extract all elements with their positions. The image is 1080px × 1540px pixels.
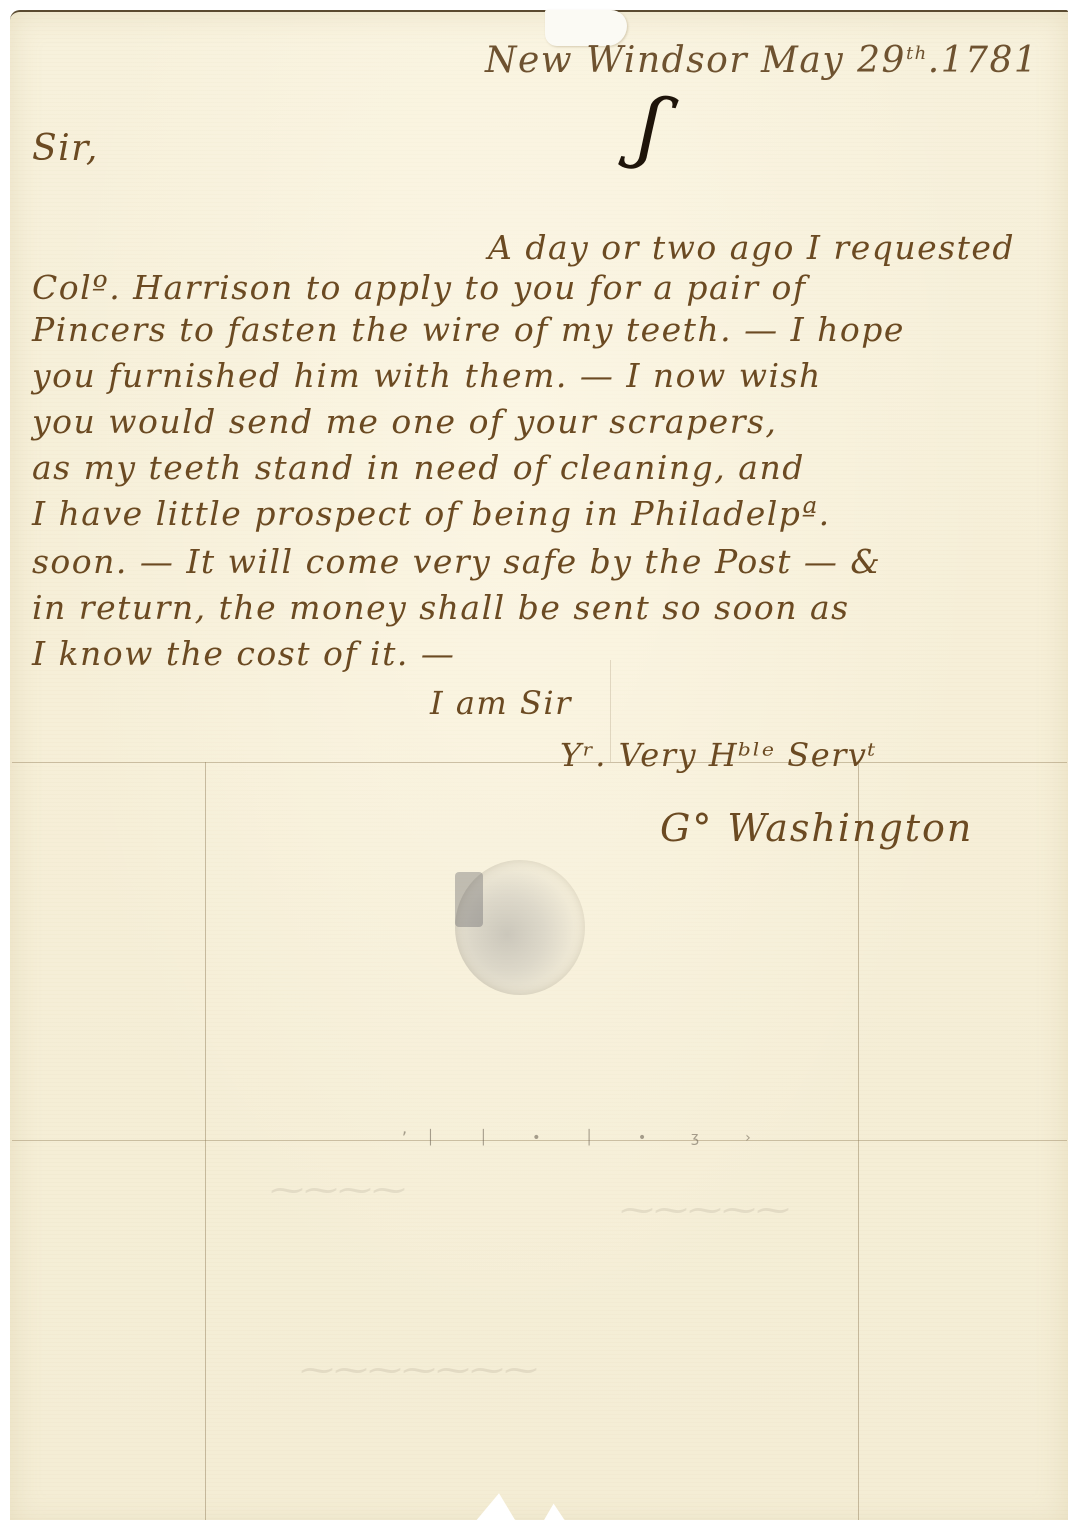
body-line-6: as my teeth stand in need of cleaning, a… xyxy=(32,448,805,487)
dateline-month: May xyxy=(761,40,844,81)
body-line-7: I have little prospect of being in Phila… xyxy=(32,494,831,533)
body-line-1: A day or two ago I requested xyxy=(488,228,1015,267)
salutation: Sir, xyxy=(32,128,99,169)
dateline-place: New Windsor xyxy=(485,40,748,81)
fold-marks: ʼ│ │ • │ • ʒ › xyxy=(400,1130,770,1146)
body-line-5: you would send me one of your scrapers, xyxy=(32,402,777,441)
body-line-2: Colº. Harrison to apply to you for a pai… xyxy=(32,268,807,307)
closing-line-2: Yʳ. Very Hᵇˡᵉ Servᵗ xyxy=(560,736,877,774)
body-line-9: in return, the money shall be sent so so… xyxy=(32,588,850,627)
body-line-3: Pincers to fasten the wire of my teeth. … xyxy=(32,310,905,349)
dateline-day: 29 xyxy=(857,40,906,81)
signature: G° Washington xyxy=(660,806,973,850)
body-line-4: you furnished him with them. — I now wis… xyxy=(32,356,822,395)
dateline: New Windsor May 29th.1781 xyxy=(485,40,1038,81)
dateline-ordinal: th xyxy=(906,43,928,64)
body-line-10: I know the cost of it. — xyxy=(32,634,455,673)
fold-line-horizontal-upper xyxy=(12,762,1067,763)
body-line-8: soon. — It will come very safe by the Po… xyxy=(32,542,881,581)
fold-line-vertical-right xyxy=(858,762,859,1522)
wax-seal-shadow xyxy=(455,872,483,927)
fold-line-vertical-left xyxy=(205,762,206,1522)
bleed-through-text: ⁓⁓⁓⁓⁓⁓⁓ xyxy=(300,1350,538,1390)
bleed-through-text: ⁓⁓⁓⁓⁓ xyxy=(620,1190,790,1230)
bleed-through-text: ⁓⁓⁓⁓ xyxy=(270,1170,406,1210)
closing-line-1: I am Sir xyxy=(430,684,572,722)
dateline-year: .1781 xyxy=(928,40,1039,81)
